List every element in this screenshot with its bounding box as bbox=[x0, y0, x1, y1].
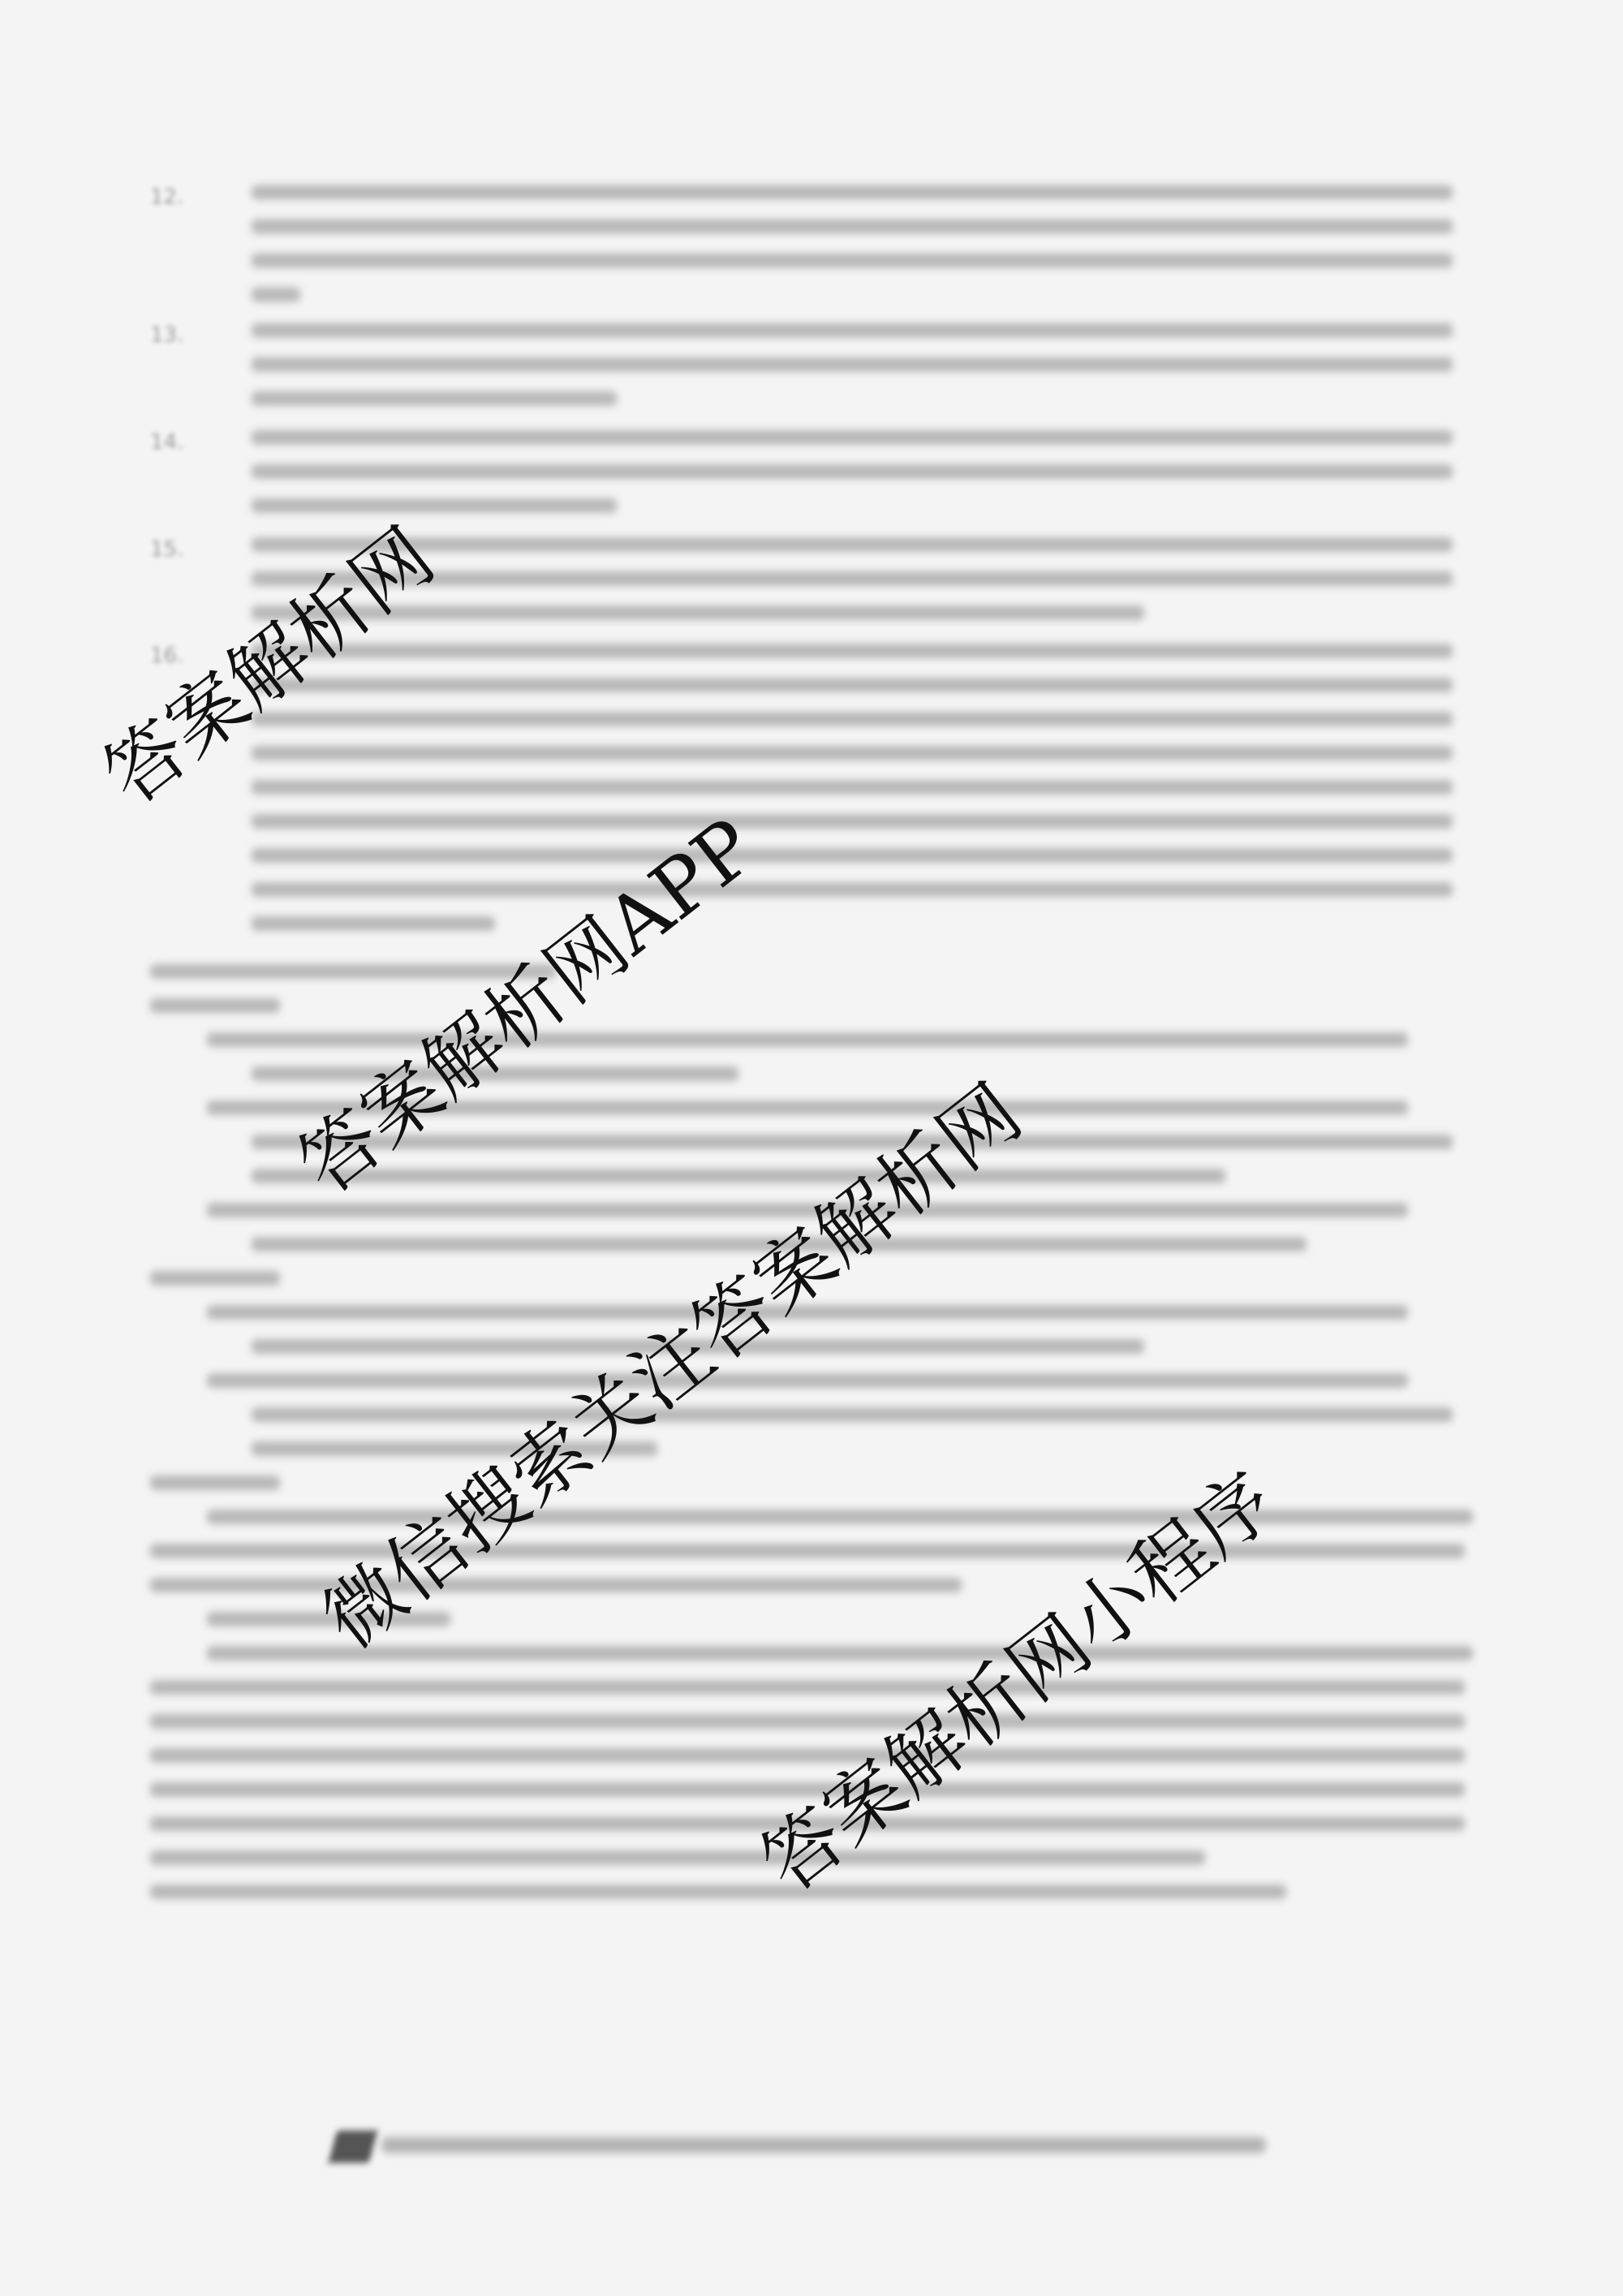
question-number: 15. bbox=[150, 537, 183, 562]
page-footer bbox=[333, 2130, 1266, 2155]
question-14: 14. bbox=[150, 430, 1481, 532]
question-number: 14. bbox=[150, 430, 183, 454]
question-13: 13. bbox=[150, 323, 1481, 425]
logo-icon bbox=[329, 2130, 378, 2163]
question-number: 13. bbox=[150, 323, 183, 347]
question-number: 12. bbox=[150, 185, 183, 209]
question-16: 16. bbox=[150, 644, 1481, 950]
document-page: 12. 13. 14. 15. 16. 答案解析网 答案解析网APP 微信搜索关… bbox=[0, 0, 1623, 2296]
question-12: 12. bbox=[150, 185, 1481, 321]
